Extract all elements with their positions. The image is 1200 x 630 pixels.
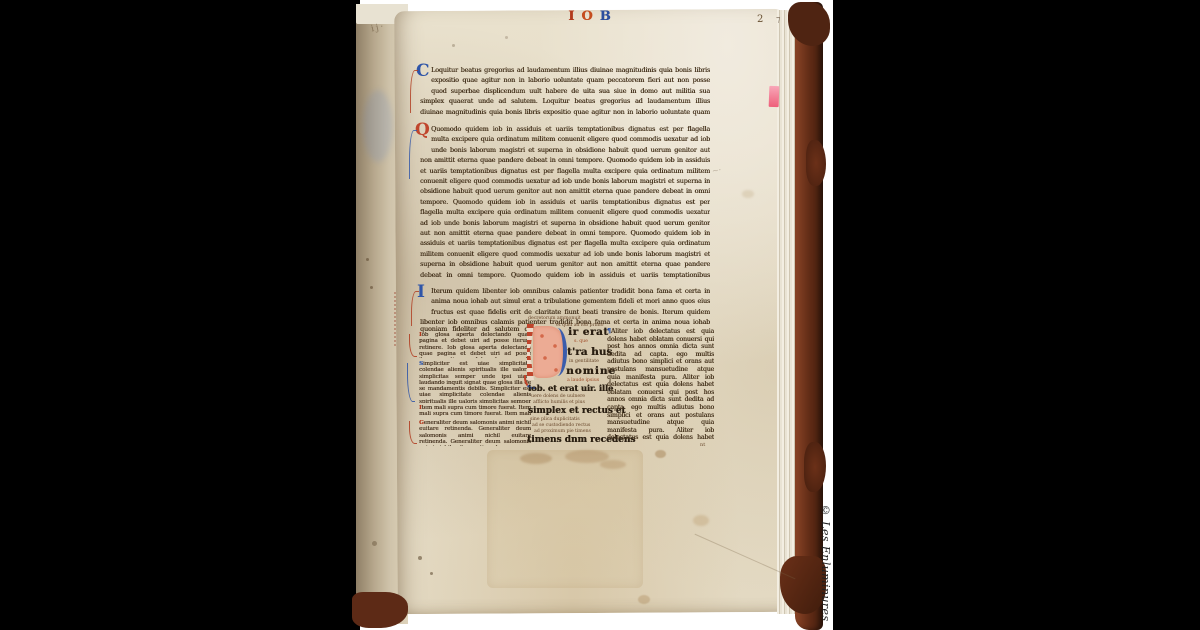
ink-speck — [418, 556, 422, 560]
pen-trial-mark: ⁊ — [776, 15, 780, 25]
ink-speck — [370, 286, 373, 289]
incipit-line-2: t'ra hus — [567, 346, 612, 358]
ink-speck — [430, 572, 433, 575]
stain-spot — [693, 515, 709, 526]
running-title-iob: IOB — [553, 9, 633, 24]
interlinear-gloss-5: afflicto humilis et pius — [533, 400, 585, 405]
right-black-bar — [833, 0, 1200, 630]
offset-stain-patch — [487, 450, 643, 588]
foxing-dot — [452, 44, 455, 47]
illuminated-initial-V — [527, 324, 567, 381]
foxing-dot — [505, 36, 508, 39]
column-text: Aliter iob delectatus est quia dolens ha… — [607, 328, 714, 442]
folio-number: 2 — [757, 14, 763, 25]
commentary-paragraph-1: Loquitur beatus gregorius ad laudamentum… — [420, 65, 710, 118]
illumination-bleedthrough — [363, 90, 393, 162]
title-letter-o: O — [581, 9, 599, 24]
initial-flourish-blue — [409, 130, 417, 179]
interlinear-gloss-1: s. que — [574, 339, 588, 344]
paragraph-text: Loquitur beatus gregorius ad laudamentum… — [420, 66, 710, 118]
initial-blue-bow — [551, 328, 567, 376]
page-fore-edge — [777, 10, 797, 614]
right-commentary-column: ¶Aliter iob delectatus est quia dolens h… — [607, 328, 714, 442]
pink-marker-tab — [769, 86, 780, 107]
commentary-paragraph-2: Quomodo quidem iob in assiduis et uariis… — [420, 124, 710, 280]
column-end-mark: nt — [700, 442, 705, 448]
binding-bottom-left — [352, 592, 408, 628]
margin-note-1: Iob glosa aperta delectando quae pagina … — [419, 332, 531, 358]
margin-squiggle: ~· — [711, 165, 721, 175]
incipit-line-4: iob. et erat uir. ille — [528, 384, 613, 394]
stain-smudge — [600, 460, 626, 469]
left-black-bar — [0, 0, 360, 630]
interlinear-gloss-6: sine plica duplicitatis — [530, 417, 580, 422]
note-bracket-blue — [407, 363, 415, 402]
initial-flourish-red — [410, 70, 418, 113]
incipit-line-1: ir erat — [568, 326, 609, 338]
taper-fragment-1: decretorum ammonuit — [528, 316, 581, 321]
margin-note-2: Simpliciter est uiae simplicitate colend… — [419, 361, 531, 403]
interlinear-gloss-8: ad proximum pie timens — [534, 429, 591, 434]
les-enluminures-credit: © Les Enluminures — [808, 504, 832, 628]
interlinear-gloss-4: uere dolens de uulnere — [531, 394, 585, 399]
interlinear-gloss-2: in gentilitate — [569, 359, 599, 364]
ink-speck — [366, 258, 369, 261]
title-letter-b: B — [600, 9, 618, 24]
stain-spot — [638, 595, 650, 604]
initial-spacer — [420, 286, 431, 307]
margin-note-3: Item mali supra cum timore fuerat. Item … — [419, 405, 531, 418]
spine-knob-upper — [806, 140, 826, 186]
ink-speck — [372, 541, 377, 546]
stain-spot — [655, 450, 666, 458]
pricking-dots — [394, 292, 396, 346]
note-bracket-red — [409, 334, 417, 357]
margin-note-4: Generaliter deum salomonis animi nichil … — [419, 420, 531, 446]
interlinear-gloss-7: ad se custodiendo rectus — [532, 423, 590, 428]
stain-smudge — [520, 453, 552, 464]
manuscript-photo-card: IOB 2 ⁊ ij· ~· C Q I Loquitur beatus gre… — [0, 0, 1200, 630]
title-letter-i: I — [568, 9, 581, 24]
initial-flourish-red — [411, 291, 419, 326]
initial-spacer — [420, 124, 431, 145]
interlinear-gloss-3: a laude ipsius — [567, 378, 599, 383]
initial-spacer — [420, 65, 431, 86]
note-bracket-red — [409, 421, 417, 444]
paragraph-text: Quomodo quidem iob in assiduis et uariis… — [420, 125, 710, 280]
stain-spot — [742, 190, 754, 198]
